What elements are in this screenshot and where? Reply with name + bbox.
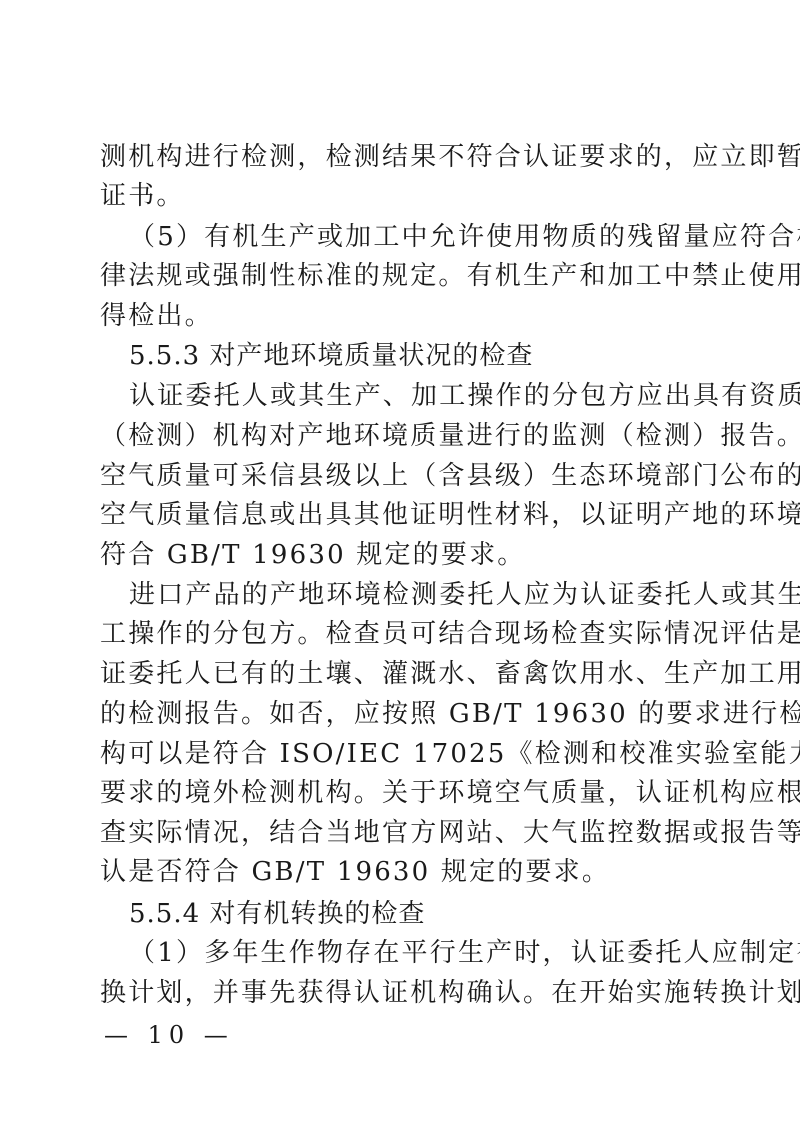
text-line: 查实际情况，结合当地官方网站、大气监控数据或报告等内容，确 [100,813,700,853]
section-heading: 5.5.4 对有机转换的检查 [129,894,425,934]
text-line: 测机构进行检测，检测结果不符合认证要求的，应立即暂停或撤销 [100,137,700,177]
text-line: （1）多年生作物存在平行生产时，认证委托人应制定有机转 [129,933,700,973]
text-line: 认是否符合 GB/T 19630 规定的要求。 [100,852,700,892]
text-line: 空气质量信息或出具其他证明性材料，以证明产地的环境质量状况 [100,495,700,535]
text-line: 符合 GB/T 19630 规定的要求。 [100,535,700,575]
text-line: 进口产品的产地环境检测委托人应为认证委托人或其生产、加 [129,575,700,615]
text-line: 的检测报告。如否，应按照 GB/T 19630 的要求进行检测，检测机 [100,694,700,734]
text-line: （检测）机构对产地环境质量进行的监测（检测）报告。产地环境 [100,416,700,456]
text-line: （5）有机生产或加工中允许使用物质的残留量应符合相关法 [129,217,700,257]
text-line: 换计划，并事先获得认证机构确认。在开始实施转换计划后，每年 [100,973,700,1013]
text-line: 要求的境外检测机构。关于环境空气质量，认证机构应根据现场检 [100,773,700,813]
text-line: 认证委托人或其生产、加工操作的分包方应出具有资质的监测 [129,376,700,416]
text-line: 工操作的分包方。检查员可结合现场检查实际情况评估是否接受认 [100,614,700,654]
section-heading: 5.5.3 对产地环境质量状况的检查 [129,336,533,376]
text-line: 构可以是符合 ISO/IEC 17025《检测和校准实验室能力的通用要求》 [100,734,700,774]
text-line: 律法规或强制性标准的规定。有机生产和加工中禁止使用的物质不 [100,256,700,296]
text-line: 空气质量可采信县级以上（含县级）生态环境部门公布的当地环境 [100,456,700,496]
page-number: — 10 — [104,1017,234,1053]
text-line: 得检出。 [100,296,700,336]
text-line: 证委托人已有的土壤、灌溉水、畜禽饮用水、生产加工用水等有效 [100,654,700,694]
document-page: 测机构进行检测，检测结果不符合认证要求的，应立即暂停或撤销证书。（5）有机生产或… [0,0,800,1125]
text-line: 证书。 [100,176,700,216]
